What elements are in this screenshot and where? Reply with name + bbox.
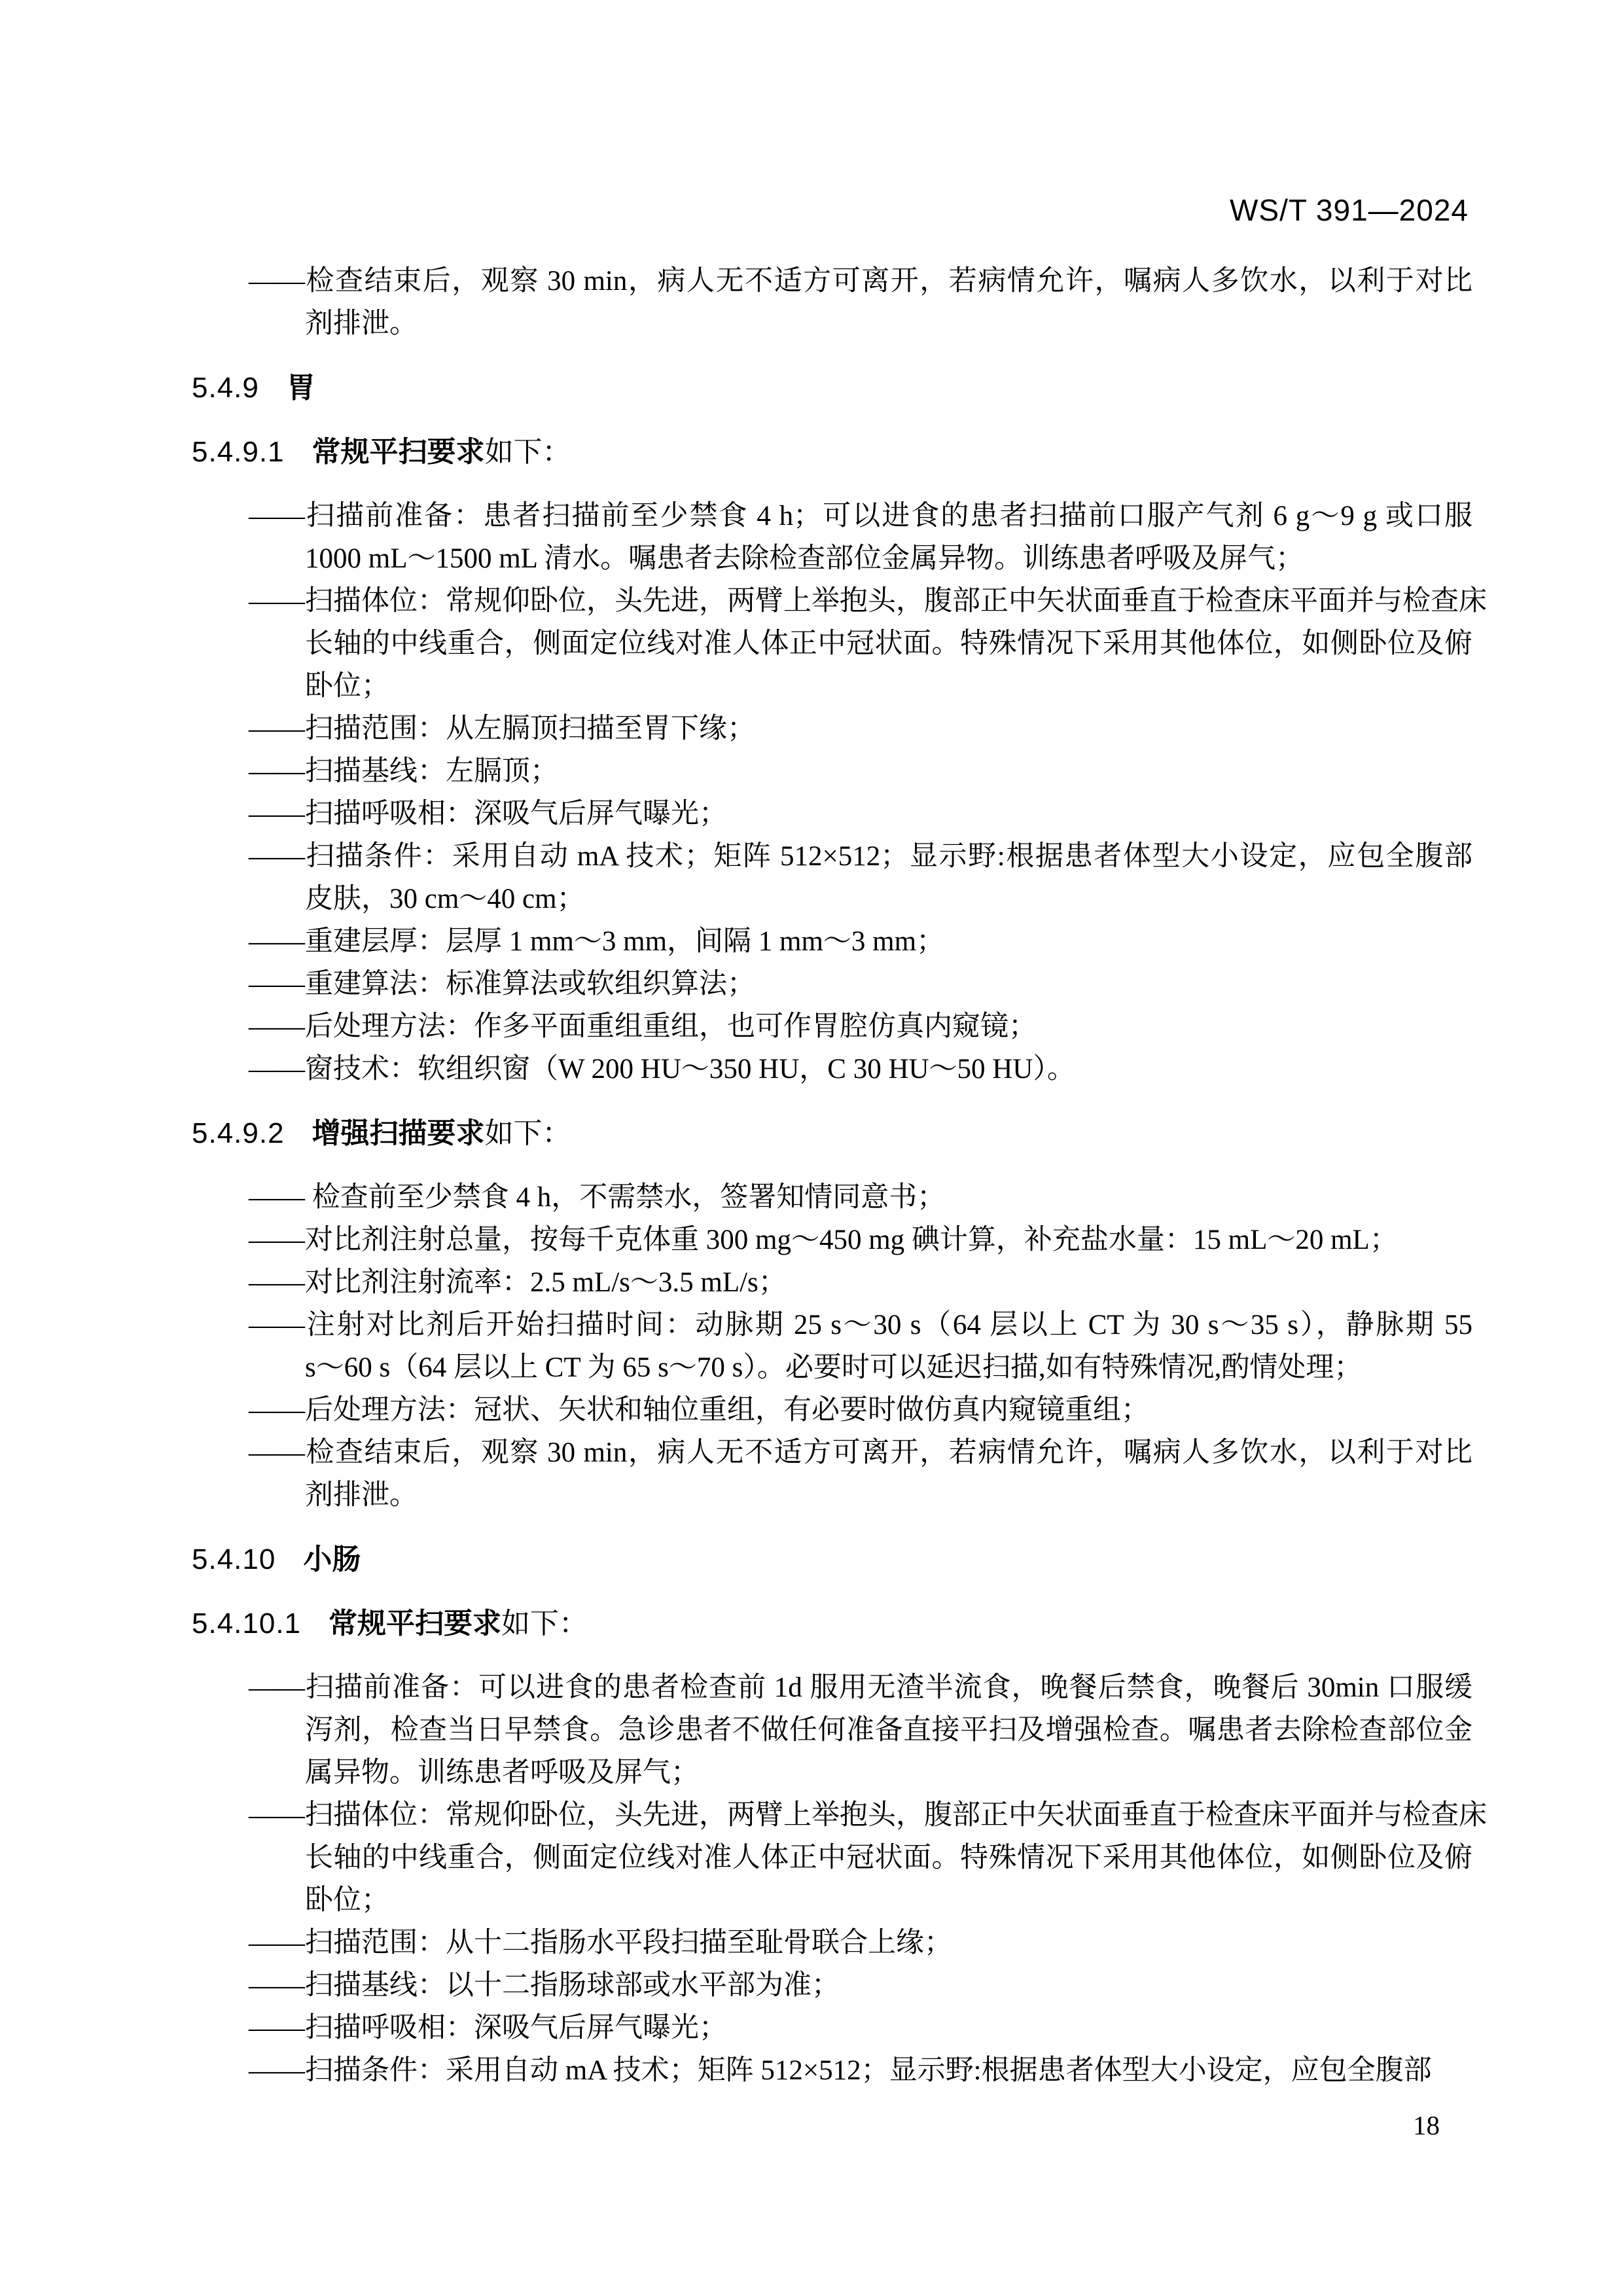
- section-heading: 5.4.9.1常规平扫要求如下：: [192, 431, 1623, 473]
- item-line: ——重建算法：标准算法或软组织算法；: [249, 963, 1472, 1005]
- item-line: ——对比剂注射流率：2.5 mL/s～3.5 mL/s；: [249, 1261, 1472, 1304]
- item-line: ——扫描前准备：患者扫描前至少禁食 4 h；可以进食的患者扫描前口服产气剂 6 …: [249, 495, 1472, 537]
- item-line: ——扫描范围：从左膈顶扫描至胃下缘；: [249, 708, 1472, 750]
- list-item: ——后处理方法：作多平面重组重组，也可作胃腔仿真内窥镜；: [305, 1005, 1472, 1048]
- item-line: ——扫描条件：采用自动 mA 技术；矩阵 512×512；显示野:根据患者体型大…: [249, 835, 1472, 878]
- item-line: ——扫描基线：以十二指肠球部或水平部为准；: [249, 1964, 1472, 2007]
- item-line: ——扫描条件：采用自动 mA 技术；矩阵 512×512；显示野:根据患者体型大…: [249, 2049, 1472, 2092]
- list-item: ——对比剂注射流率：2.5 mL/s～3.5 mL/s；: [305, 1261, 1472, 1304]
- list-item: ——重建层厚：层厚 1 mm～3 mm，间隔 1 mm～3 mm；: [305, 920, 1472, 963]
- item-line: ——扫描前准备：可以进食的患者检查前 1d 服用无渣半流食，晚餐后禁食，晚餐后 …: [249, 1666, 1472, 1709]
- item-line: s～60 s（64 层以上 CT 为 65 s～70 s）。必要时可以延迟扫描,…: [305, 1346, 1472, 1389]
- item-line: 泻剂，检查当日早禁食。急诊患者不做任何准备直接平扫及增强检查。嘱患者去除检查部位…: [305, 1709, 1472, 1751]
- item-line: ——检查结束后，观察 30 min，病人无不适方可离开，若病情允许，嘱病人多饮水…: [249, 1431, 1472, 1474]
- clause-number: 5.4.10: [192, 1543, 276, 1575]
- clause-title: 小肠: [303, 1543, 361, 1575]
- clause-title: 常规平扫要求: [312, 436, 485, 468]
- item-line: ——重建层厚：层厚 1 mm～3 mm，间隔 1 mm～3 mm；: [249, 920, 1472, 963]
- item-line: ——扫描体位：常规仰卧位，头先进，两臂上举抱头，腹部正中矢状面垂直于检查床平面并…: [249, 1794, 1472, 1837]
- item-line: ——后处理方法：冠状、矢状和轴位重组，有必要时做仿真内窥镜重组；: [249, 1389, 1472, 1431]
- list-item: ——扫描体位：常规仰卧位，头先进，两臂上举抱头，腹部正中矢状面垂直于检查床平面并…: [305, 1794, 1472, 1922]
- clause-number: 5.4.9.1: [192, 436, 285, 468]
- running-header: WS/T 391—2024: [1230, 195, 1469, 225]
- item-line: 卧位；: [305, 1879, 1472, 1922]
- list-item: ——窗技术：软组织窗（W 200 HU～350 HU，C 30 HU～50 HU…: [305, 1048, 1472, 1090]
- list-item: ——扫描呼吸相：深吸气后屏气曝光；: [305, 2007, 1472, 2049]
- list-item: ——后处理方法：冠状、矢状和轴位重组，有必要时做仿真内窥镜重组；: [305, 1389, 1472, 1431]
- item-line: 剂排泄。: [305, 302, 1472, 345]
- item-line: 卧位；: [305, 665, 1472, 708]
- clause-title: 胃: [287, 372, 315, 404]
- document-page: WS/T 391—2024 ——检查结束后，观察 30 min，病人无不适方可离…: [0, 0, 1623, 2296]
- item-line: ——扫描范围：从十二指肠水平段扫描至耻骨联合上缘；: [249, 1922, 1472, 1964]
- list-item: ——扫描条件：采用自动 mA 技术；矩阵 512×512；显示野:根据患者体型大…: [305, 2049, 1472, 2092]
- section-heading: 5.4.9胃: [192, 367, 1623, 409]
- list-item: ——扫描呼吸相：深吸气后屏气曝光；: [305, 793, 1472, 835]
- list-item: ——扫描前准备：患者扫描前至少禁食 4 h；可以进食的患者扫描前口服产气剂 6 …: [305, 495, 1472, 580]
- list-item: ——扫描前准备：可以进食的患者检查前 1d 服用无渣半流食，晚餐后禁食，晚餐后 …: [305, 1666, 1472, 1794]
- clause-number: 5.4.9.2: [192, 1117, 285, 1149]
- list-item: ——扫描体位：常规仰卧位，头先进，两臂上举抱头，腹部正中矢状面垂直于检查床平面并…: [305, 580, 1472, 708]
- item-line: ——检查结束后，观察 30 min，病人无不适方可离开，若病情允许，嘱病人多饮水…: [249, 260, 1472, 302]
- item-line: ——后处理方法：作多平面重组重组，也可作胃腔仿真内窥镜；: [249, 1005, 1472, 1048]
- list-item: ——注射对比剂后开始扫描时间：动脉期 25 s～30 s（64 层以上 CT 为…: [305, 1304, 1472, 1389]
- item-line: ——扫描呼吸相：深吸气后屏气曝光；: [249, 2007, 1472, 2049]
- list-item: ——重建算法：标准算法或软组织算法；: [305, 963, 1472, 1005]
- clause-title-suffix: 如下：: [485, 436, 571, 468]
- document-body: ——检查结束后，观察 30 min，病人无不适方可离开，若病情允许，嘱病人多饮水…: [0, 260, 1623, 2092]
- section-heading: 5.4.10.1常规平扫要求如下：: [192, 1602, 1623, 1645]
- item-line: ——窗技术：软组织窗（W 200 HU～350 HU，C 30 HU～50 HU…: [249, 1048, 1472, 1090]
- item-line: 皮肤，30 cm～40 cm；: [305, 878, 1472, 920]
- list-item: ——扫描基线：以十二指肠球部或水平部为准；: [305, 1964, 1472, 2007]
- list-item: ——检查结束后，观察 30 min，病人无不适方可离开，若病情允许，嘱病人多饮水…: [305, 1431, 1472, 1516]
- list-item: ——扫描范围：从十二指肠水平段扫描至耻骨联合上缘；: [305, 1922, 1472, 1964]
- list-item: —— 检查前至少禁食 4 h，不需禁水，签署知情同意书；: [305, 1176, 1472, 1219]
- item-line: ——注射对比剂后开始扫描时间：动脉期 25 s～30 s（64 层以上 CT 为…: [249, 1304, 1472, 1346]
- item-line: 属异物。训练患者呼吸及屏气；: [305, 1751, 1472, 1794]
- item-line: ——对比剂注射总量，按每千克体重 300 mg～450 mg 碘计算，补充盐水量…: [249, 1219, 1472, 1261]
- clause-title: 常规平扫要求: [329, 1607, 501, 1640]
- item-line: 长轴的中线重合，侧面定位线对准人体正中冠状面。特殊情况下采用其他体位，如侧卧位及…: [305, 1837, 1472, 1879]
- section-heading: 5.4.9.2增强扫描要求如下：: [192, 1112, 1623, 1155]
- list-item: ——扫描范围：从左膈顶扫描至胃下缘；: [305, 708, 1472, 750]
- item-line: ——扫描体位：常规仰卧位，头先进，两臂上举抱头，腹部正中矢状面垂直于检查床平面并…: [249, 580, 1472, 622]
- list-item: ——扫描条件：采用自动 mA 技术；矩阵 512×512；显示野:根据患者体型大…: [305, 835, 1472, 920]
- clause-title-suffix: 如下：: [485, 1117, 571, 1149]
- item-line: ——扫描呼吸相：深吸气后屏气曝光；: [249, 793, 1472, 835]
- clause-title-suffix: 如下：: [501, 1607, 588, 1640]
- list-item: ——对比剂注射总量，按每千克体重 300 mg～450 mg 碘计算，补充盐水量…: [305, 1219, 1472, 1261]
- item-line: 1000 mL～1500 mL 清水。嘱患者去除检查部位金属异物。训练患者呼吸及…: [305, 537, 1472, 580]
- item-line: 长轴的中线重合，侧面定位线对准人体正中冠状面。特殊情况下采用其他体位，如侧卧位及…: [305, 622, 1472, 665]
- list-item: ——检查结束后，观察 30 min，病人无不适方可离开，若病情允许，嘱病人多饮水…: [305, 260, 1472, 345]
- item-line: ——扫描基线：左膈顶；: [249, 750, 1472, 793]
- section-heading: 5.4.10小肠: [192, 1538, 1623, 1581]
- page-number: 18: [1413, 2109, 1440, 2142]
- item-line: —— 检查前至少禁食 4 h，不需禁水，签署知情同意书；: [249, 1176, 1472, 1219]
- clause-number: 5.4.9: [192, 372, 259, 404]
- list-item: ——扫描基线：左膈顶；: [305, 750, 1472, 793]
- clause-title: 增强扫描要求: [312, 1117, 485, 1149]
- item-line: 剂排泄。: [305, 1474, 1472, 1516]
- clause-number: 5.4.10.1: [192, 1607, 301, 1640]
